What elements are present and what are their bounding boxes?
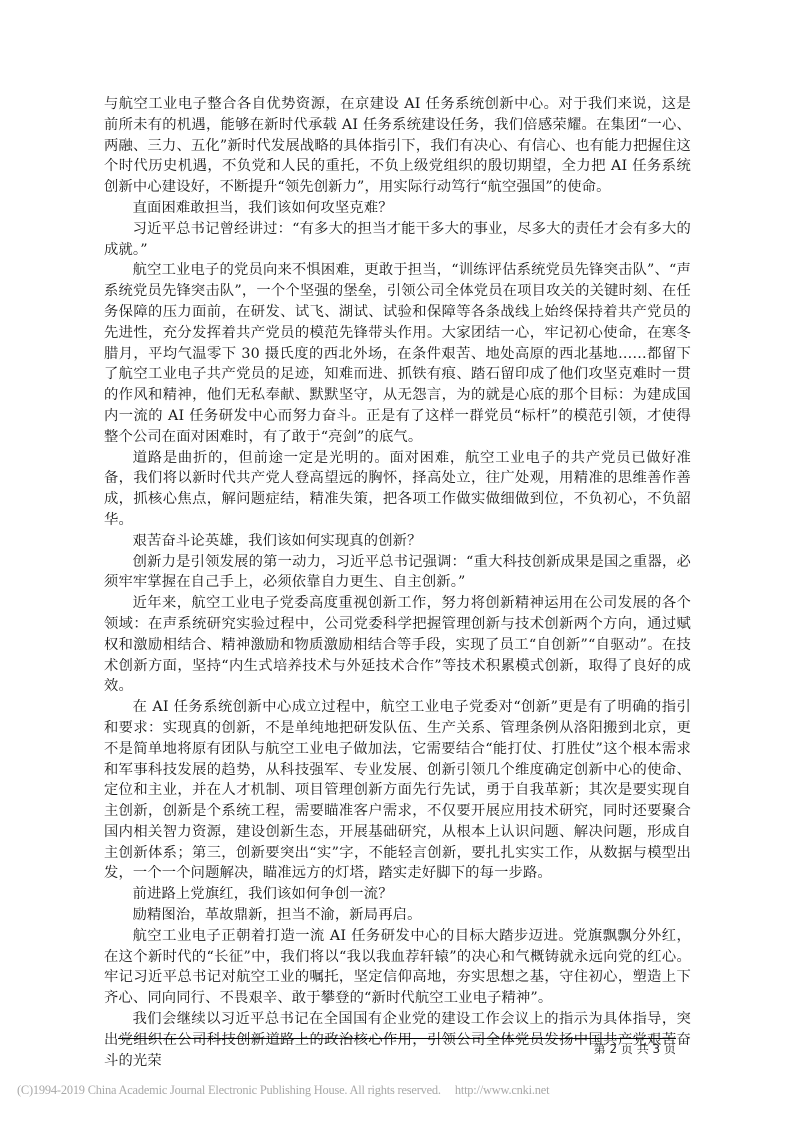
paragraph: 与航空工业电子整合各自优势资源，在京建设 AI 任务系统创新中心。对于我们来说，… xyxy=(104,94,691,198)
paragraph: 航空工业电子正朝着打造一流 AI 任务研发中心的目标大踏步迈进。党旗飘飘分外红，… xyxy=(104,926,691,1009)
paragraph-motto: 励精图治，革故鼎新，担当不渝，新局再启。 xyxy=(104,905,691,926)
cnki-url: http://www.cnki.net xyxy=(455,1083,550,1097)
paragraph-quote: 习近平总书记曾经讲过：“有多大的担当才能干多大的事业，尽多大的责任才会有多大的成… xyxy=(104,219,691,261)
paragraph: 近年来，航空工业电子党委高度重视创新工作，努力将创新精神运用在公司发展的各个领域… xyxy=(104,593,691,697)
section-question-heading: 前进路上党旗红，我们该如何争创一流？ xyxy=(104,884,691,905)
page-number: 第 2 页 共 3 页 xyxy=(594,1041,676,1057)
section-question-heading: 直面困难敢担当，我们该如何攻坚克难？ xyxy=(104,198,691,219)
footer-divider xyxy=(118,1038,676,1039)
paragraph-quote: 创新力是引领发展的第一动力，习近平总书记强调：“重大科技创新成果是国之重器，必须… xyxy=(104,552,691,594)
document-body: 与航空工业电子整合各自优势资源，在京建设 AI 任务系统创新中心。对于我们来说，… xyxy=(104,94,691,1071)
paragraph: 航空工业电子的党员向来不惧困难，更敢于担当，“训练评估系统党员先锋突击队”、“声… xyxy=(104,260,691,447)
copyright-notice: (C)1994-2019 China Academic Journal Elec… xyxy=(17,1083,549,1098)
section-question-heading: 艰苦奋斗论英雄，我们该如何实现真的创新？ xyxy=(104,531,691,552)
copyright-text: (C)1994-2019 China Academic Journal Elec… xyxy=(17,1083,441,1097)
paragraph: 在 AI 任务系统创新中心成立过程中，航空工业电子党委对“创新”更是有了明确的指… xyxy=(104,697,691,884)
paragraph: 道路是曲折的，但前途一定是光明的。面对困难，航空工业电子的共产党员已做好准备，我… xyxy=(104,448,691,531)
